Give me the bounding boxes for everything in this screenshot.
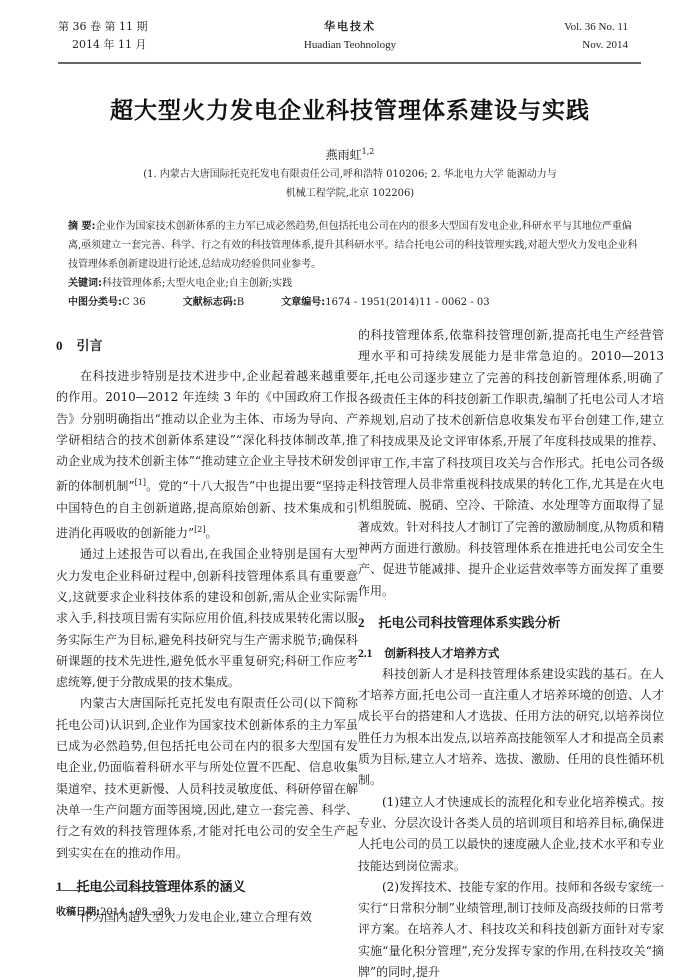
clc-label: 中图分类号: <box>68 297 122 308</box>
abstract: 摘 要:企业作为国家技术创新体系的主力军已成必然趋势,但包括托电公司在内的很多大… <box>68 217 640 274</box>
received-date-footnote: 收稿日期:2014 - 08 - 28 <box>56 903 170 918</box>
article-no-value: 1674 - 1951(2014)11 - 0062 - 03 <box>325 297 489 308</box>
paragraph-text: 。 <box>205 526 217 540</box>
section-number: 2 <box>358 615 365 630</box>
volume-issue-en: Vol. 36 No. 11 Nov. 2014 <box>564 18 628 54</box>
keywords: 关键词:科技管理体系;大型火电企业;自主创新;实践 <box>68 274 640 293</box>
author-affiliation-ref: 1,2 <box>362 147 375 156</box>
received-date-value: 2014 - 08 - 28 <box>100 907 170 918</box>
received-date-label: 收稿日期: <box>56 907 100 918</box>
footnote-rule <box>56 890 171 891</box>
article-no-label: 文章编号: <box>281 297 325 308</box>
article-title: 超大型火力发电企业科技管理体系建设与实践 <box>0 92 700 125</box>
paragraph-text: 在科技进步特别是技术进步中,企业起着越来越重要的作用。2010—2012 年连续… <box>56 369 358 493</box>
running-header: 第 36 卷 第 11 期 2014 年 11 月 华电技术 Huadian T… <box>0 0 700 70</box>
abstract-text: 企业作为国家技术创新体系的主力军已成必然趋势,但包括托电公司在内的很多大型国有发… <box>68 221 638 270</box>
paragraph-continued: 的科技管理体系,依靠科技管理创新,提高托电生产经营管理水平和可持续发展能力是非常… <box>358 325 664 602</box>
publish-date-en: Nov. 2014 <box>564 36 628 54</box>
section-0-heading: 0引言 <box>56 335 358 358</box>
paragraph: 通过上述报告可以看出,在我国企业特别是国有大型火力发电企业科研过程中,创新科技管… <box>56 544 358 693</box>
section-1-heading: 1托电公司科技管理体系的涵义 <box>56 876 358 899</box>
subsection-title: 创新科技人才培养方式 <box>384 646 499 660</box>
section-title: 托电公司科技管理体系的涵义 <box>77 880 246 895</box>
section-title: 引言 <box>77 339 103 354</box>
paragraph: 科技创新人才是科技管理体系建设实践的基石。在人才培养方面,托电公司一直注重人才培… <box>358 664 664 792</box>
section-number: 0 <box>56 338 63 353</box>
section-number: 1 <box>56 879 63 894</box>
classification-row: 中图分类号:C 36 文献标志码:B 文章编号:1674 - 1951(2014… <box>68 293 640 312</box>
subsection-number: 2.1 <box>358 648 372 660</box>
section-2-heading: 2托电公司科技管理体系实践分析 <box>358 612 664 635</box>
right-column: 的科技管理体系,依靠科技管理创新,提高托电生产经营管理水平和可持续发展能力是非常… <box>358 325 664 980</box>
affiliation: (1. 内蒙古大唐国际托克托发电有限责任公司,呼和浩特 010206; 2. 华… <box>0 165 700 203</box>
paragraph: 内蒙古大唐国际托克托发电有限责任公司(以下简称托电公司)认识到,企业作为国家技术… <box>56 693 358 863</box>
abstract-block: 摘 要:企业作为国家技术创新体系的主力军已成必然趋势,但包括托电公司在内的很多大… <box>68 217 640 312</box>
clc-value: C 36 <box>122 297 146 308</box>
abstract-label: 摘 要: <box>68 221 95 232</box>
header-rule <box>58 62 641 66</box>
section-title: 托电公司科技管理体系实践分析 <box>379 616 561 631</box>
left-column: 0引言 在科技进步特别是技术进步中,企业起着越来越重要的作用。2010—2012… <box>56 325 358 928</box>
affiliation-line-2: 机械工程学院,北京 102206) <box>0 184 700 203</box>
keywords-label: 关键词: <box>68 278 102 289</box>
author: 燕雨虹1,2 <box>0 146 700 163</box>
paragraph: (1)建立人才快速成长的流程化和专业化培养模式。按专业、分层次设计各类人员的培训… <box>358 792 664 877</box>
paragraph: 在科技进步特别是技术进步中,企业起着越来越重要的作用。2010—2012 年连续… <box>56 366 358 544</box>
subsection-2-1-heading: 2.1创新科技人才培养方式 <box>358 643 664 664</box>
doc-code-value: B <box>237 297 244 308</box>
author-name: 燕雨虹 <box>326 148 362 162</box>
citation: [1] <box>135 478 146 487</box>
volume-number-en: Vol. 36 No. 11 <box>564 18 628 36</box>
keywords-text: 科技管理体系;大型火电企业;自主创新;实践 <box>102 278 292 289</box>
paragraph: (2)发挥技术、技能专家的作用。技师和各级专家统一实行“日常积分制”业绩管理,制… <box>358 877 664 980</box>
affiliation-line-1: (1. 内蒙古大唐国际托克托发电有限责任公司,呼和浩特 010206; 2. 华… <box>0 165 700 184</box>
doc-code-label: 文献标志码: <box>183 297 237 308</box>
citation: [2] <box>194 525 205 534</box>
